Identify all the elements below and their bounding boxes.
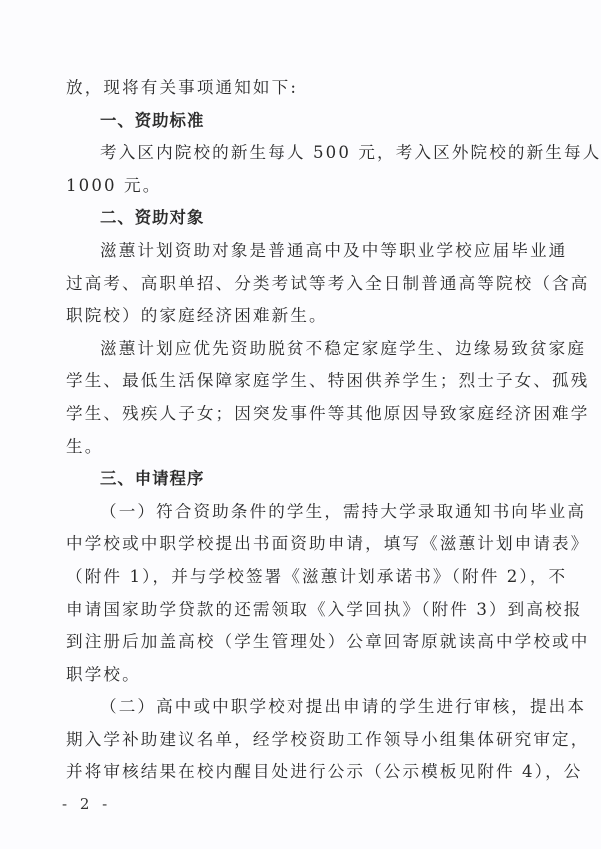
paragraph-line: 到注册后加盖高校（学生管理处）公章回寄原就读高中学校或中 [66,626,567,659]
paragraph-line: （一）符合资助条件的学生，需持大学录取通知书向毕业高 [66,496,567,529]
paragraph-line: 期入学补助建议名单，经学校资助工作领导小组集体研究审定， [66,724,567,757]
section-heading-funding-targets: 二、资助对象 [66,202,567,235]
section-heading-funding-standard: 一、资助标准 [66,105,567,138]
paragraph-line: 过高考、高职单招、分类考试等考入全日制普通高等院校（含高 [66,268,567,301]
paragraph-line: 学生、最低生活保障家庭学生、特困供养学生；烈士子女、孤残 [66,365,567,398]
paragraph-line: 并将审核结果在校内醒目处进行公示（公示模板见附件 4），公 [66,756,567,789]
document-body: 放，现将有关事项通知如下: 一、资助标准 考入区内院校的新生每人 500 元，考… [66,72,567,789]
paragraph-line: 1000 元。 [66,170,567,203]
paragraph-line: 学生、残疾人子女；因突发事件等其他原因导致家庭经济困难学 [66,398,567,431]
paragraph-line: 职学校。 [66,659,567,692]
paragraph-line: （二）高中或中职学校对提出申请的学生进行审核，提出本 [66,691,567,724]
paragraph-line: 申请国家助学贷款的还需领取《入学回执》（附件 3）到高校报 [66,594,567,627]
document-page: 放，现将有关事项通知如下: 一、资助标准 考入区内院校的新生每人 500 元，考… [0,0,601,849]
paragraph-line: 职院校）的家庭经济困难新生。 [66,300,567,333]
paragraph-line: 中学校或中职学校提出书面资助申请，填写《滋蕙计划申请表》 [66,528,567,561]
paragraph-line: 生。 [66,431,567,464]
intro-line: 放，现将有关事项通知如下: [66,72,567,105]
page-number: - 2 - [62,795,111,813]
paragraph-line: 考入区内院校的新生每人 500 元，考入区外院校的新生每人 [66,137,567,170]
section-heading-application-procedure: 三、申请程序 [66,463,567,496]
paragraph-line: （附件 1），并与学校签署《滋蕙计划承诺书》（附件 2），不 [66,561,567,594]
paragraph-line: 滋蕙计划应优先资助脱贫不稳定家庭学生、边缘易致贫家庭 [66,333,567,366]
paragraph-line: 滋蕙计划资助对象是普通高中及中等职业学校应届毕业通 [66,235,567,268]
